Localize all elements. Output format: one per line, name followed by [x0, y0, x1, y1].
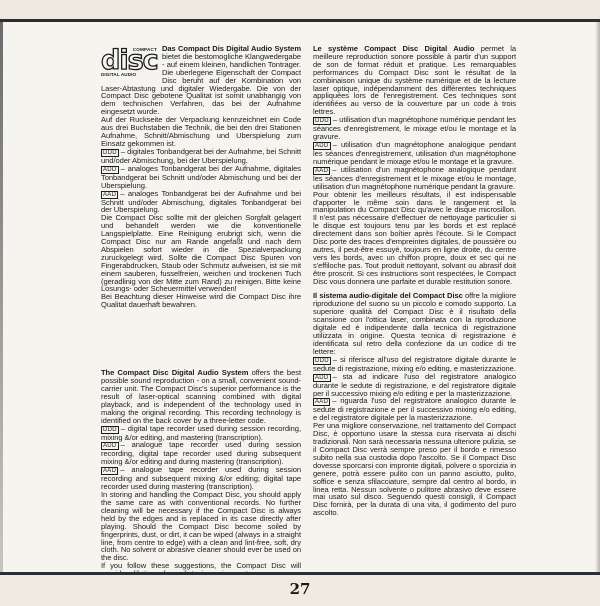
italian-code-aad: AAD– riguarda l'uso del registratore ana…	[313, 397, 516, 422]
logo-disc-text: disc	[101, 48, 158, 74]
english-section: The Compact Disc Digital Audio System of…	[101, 369, 301, 578]
english-code-aad: AAD– analogue tape recorder used during …	[101, 466, 301, 491]
page-edge-right	[595, 22, 600, 582]
german-codes-intro: Auf der Ruckseite der Verpackung kennzei…	[101, 116, 301, 148]
right-column: Le système Compact Disc Digital Audio pe…	[313, 45, 516, 517]
french-code-add: ADD– utilisation d'un magnétophone analo…	[313, 141, 516, 166]
italian-section: Il sistema audio-digitale del Compact Di…	[313, 292, 516, 517]
german-closing: Bei Beachtung dieser Hinweise wird die C…	[101, 293, 301, 309]
french-care: Pour obtenir les meilleurs résultats, il…	[313, 191, 516, 286]
left-column: COMPACT disc DIGITAL AUDIO Das Compact D…	[101, 45, 301, 578]
italian-care: Per una migliore conservazione, nel trat…	[313, 422, 516, 517]
french-intro: Le système Compact Disc Digital Audio pe…	[313, 45, 516, 116]
german-code-aad: AAD– analoges Tonbandgerat bei der Aufna…	[101, 190, 301, 215]
german-care: Die Compact Disc sollte mit der gleichen…	[101, 214, 301, 293]
page-edge-left	[0, 22, 3, 572]
compact-disc-logo: COMPACT disc DIGITAL AUDIO	[101, 46, 159, 79]
english-care: In storing and handling the Compact Disc…	[101, 491, 301, 562]
german-code-add: ADD– analoges Tonbandgerat bei der Aufna…	[101, 165, 301, 190]
italian-code-add: ADD– sta ad indicare l'uso del registrat…	[313, 373, 516, 398]
french-code-aad: AAD– utilisation d'un magnétophone analo…	[313, 166, 516, 191]
italian-code-ddd: DDD– si riferisce all'uso del registrato…	[313, 356, 516, 373]
page-number: 27	[0, 580, 600, 598]
english-intro: The Compact Disc Digital Audio System of…	[101, 369, 301, 424]
english-code-ddd: DDD– digital tape recorder used during s…	[101, 425, 301, 442]
german-section: Das Compact Dis Digital Audio System bie…	[101, 45, 301, 309]
top-rule	[0, 19, 600, 22]
italian-intro: Il sistema audio-digitale del Compact Di…	[313, 292, 516, 355]
logo-digital-audio-text: DIGITAL AUDIO	[101, 71, 136, 79]
english-code-add: ADD– analogue tape recorder used during …	[101, 441, 301, 466]
page-top-margin	[0, 0, 600, 20]
french-code-ddd: DDD– utilisation d'un magnétophone numér…	[313, 116, 516, 141]
german-code-ddd: DDD– digitales Tonbandgerat bei der Aufn…	[101, 148, 301, 165]
french-section: Le système Compact Disc Digital Audio pe…	[313, 45, 516, 285]
